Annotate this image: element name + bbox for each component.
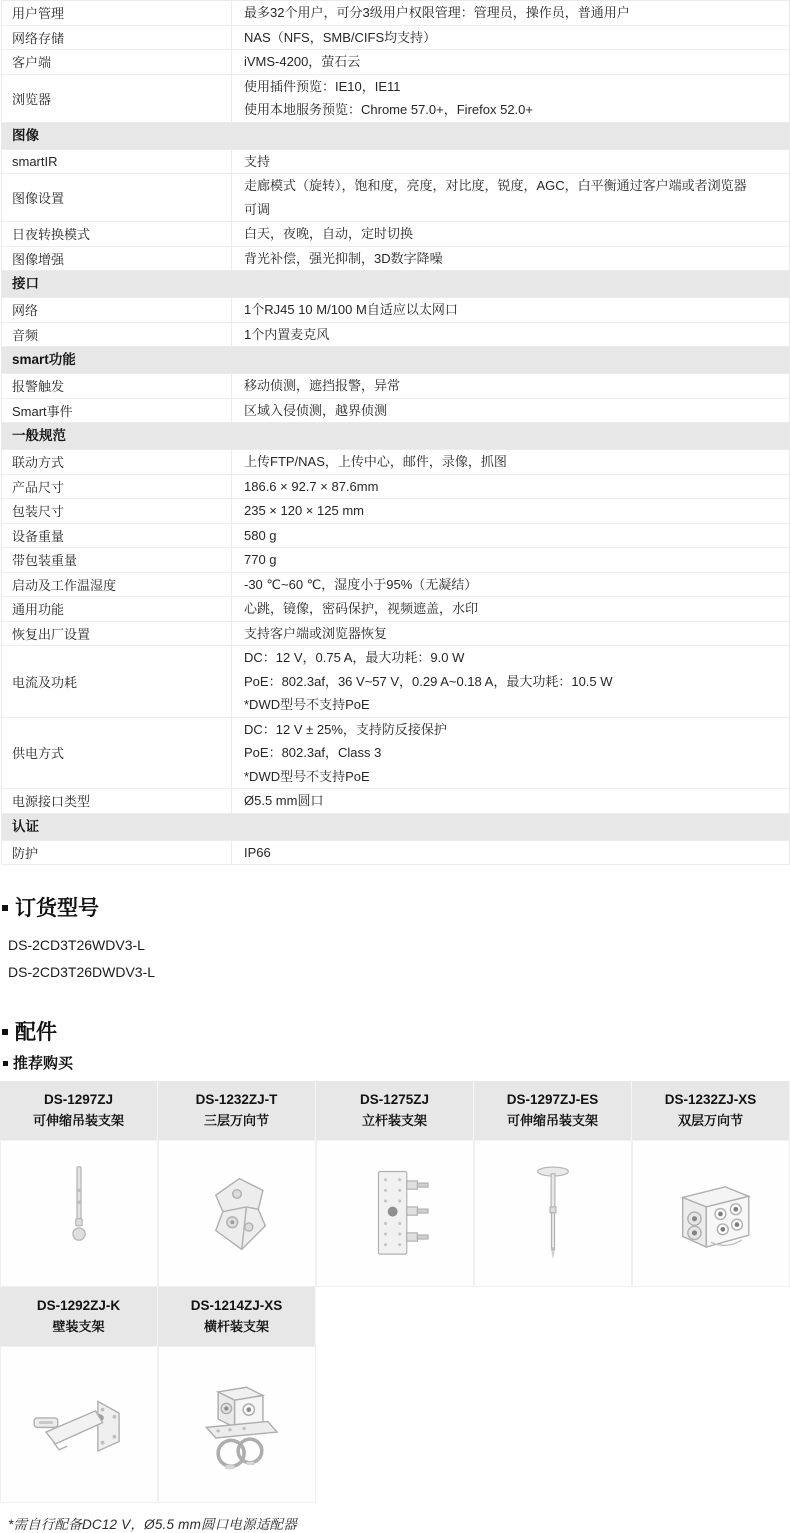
spec-section-header: 图像 [2,123,789,150]
spec-row-label: Smart事件 [2,399,232,423]
spec-value-line: 背光补偿，强光抑制，3D数字降噪 [244,247,777,271]
spec-row-value: 580 g [232,524,789,548]
spec-row-value: 使用插件预览：IE10，IE11使用本地服务预览：Chrome 57.0+，Fi… [232,75,789,122]
accessories-grid: DS-1297ZJ可伸缩吊装支架DS-1232ZJ-T三层万向节DS-1275Z… [0,1081,790,1503]
spec-value-line: -30 ℃~60 ℃，湿度小于95%（无凝结） [244,573,777,597]
accessory-model: DS-1297ZJ-ES [476,1089,629,1110]
spec-row: 启动及工作温湿度-30 ℃~60 ℃，湿度小于95%（无凝结） [2,573,789,598]
spec-row: 通用功能心跳，镜像，密码保护，视频遮盖，水印 [2,597,789,622]
accessory-header: DS-1214ZJ-XS横杆装支架 [158,1287,316,1347]
spec-row-label: 启动及工作温湿度 [2,573,232,597]
spec-row-label: 网络 [2,298,232,322]
spec-row-value: 1个RJ45 10 M/100 M自适应以太网口 [232,298,789,322]
spec-row-value: 心跳，镜像，密码保护，视频遮盖，水印 [232,597,789,621]
spec-value-line: 移动侦测，遮挡报警，异常 [244,374,777,398]
spec-value-line: DC：12 V，0.75 A，最大功耗：9.0 W [244,646,777,670]
spec-row: 网络1个RJ45 10 M/100 M自适应以太网口 [2,298,789,323]
spec-row-label: 设备重量 [2,524,232,548]
spec-value-line: DC：12 V ± 25%，支持防反接保护 [244,718,777,742]
spec-row-label: 恢复出厂设置 [2,622,232,646]
spec-value-line: iVMS-4200，萤石云 [244,50,777,74]
spec-row: 恢复出厂设置支持客户端或浏览器恢复 [2,622,789,647]
accessory-image [158,1141,316,1287]
spec-value-line: 1个RJ45 10 M/100 M自适应以太网口 [244,298,777,322]
spec-row-value: NAS（NFS，SMB/CIFS均支持） [232,26,789,50]
spec-row-label: 带包装重量 [2,548,232,572]
spec-value-line: PoE：802.3af，Class 3 [244,741,777,765]
spec-row: 报警触发移动侦测，遮挡报警，异常 [2,374,789,399]
spec-value-line: 770 g [244,548,777,572]
spec-value-line: NAS（NFS，SMB/CIFS均支持） [244,26,777,50]
spec-row: 包装尺寸235 × 120 × 125 mm [2,499,789,524]
spec-row: 用户管理最多32个用户，可分3级用户权限管理：管理员，操作员，普通用户 [2,1,789,26]
spec-value-line: 1个内置麦克风 [244,323,777,347]
spec-value-line: 最多32个用户，可分3级用户权限管理：管理员，操作员，普通用户 [244,1,777,25]
spec-row: 带包装重量770 g [2,548,789,573]
spec-row: 设备重量580 g [2,524,789,549]
accessory-model: DS-1214ZJ-XS [160,1295,313,1316]
spec-row: 浏览器使用插件预览：IE10，IE11使用本地服务预览：Chrome 57.0+… [2,75,789,123]
spec-row-label: 浏览器 [2,75,232,122]
accessory-name: 横杆装支架 [160,1316,313,1337]
spec-row-value: 186.6 × 92.7 × 87.6mm [232,475,789,499]
accessory-model: DS-1292ZJ-K [2,1295,155,1316]
accessory-name: 壁装支架 [2,1316,155,1337]
gimbal-three-icon [178,1155,296,1273]
accessory-image [316,1141,474,1287]
spec-row-label: 供电方式 [2,718,232,789]
spec-row-label: 联动方式 [2,450,232,474]
accessory-name: 可伸缩吊装支架 [476,1110,629,1131]
product-spec-page: 用户管理最多32个用户，可分3级用户权限管理：管理员，操作员，普通用户网络存储N… [0,0,790,1533]
accessory-name: 立杆装支架 [318,1110,471,1131]
ceiling-pole-icon [494,1155,612,1273]
spec-table: 用户管理最多32个用户，可分3级用户权限管理：管理员，操作员，普通用户网络存储N… [1,0,790,865]
spec-row-value: Ø5.5 mm圆口 [232,789,789,813]
spec-row-label: 图像设置 [2,174,232,221]
accessories-title: 配件 [15,1016,57,1046]
spec-row-label: 产品尺寸 [2,475,232,499]
accessory-name: 三层万向节 [160,1110,313,1131]
accessory-header: DS-1232ZJ-XS双层万向节 [632,1081,790,1141]
accessory-image [632,1141,790,1287]
spec-row: Smart事件区域入侵侦测，越界侦测 [2,399,789,424]
recommended-purchase-title: 推荐购买 [13,1052,73,1073]
spec-row: 客户端iVMS-4200，萤石云 [2,50,789,75]
crossbar-clamp-icon [178,1366,296,1484]
order-model: DS-2CD3T26DWDV3-L [8,959,790,986]
order-models-heading: 订货型号 [0,892,790,922]
accessory-name: 可伸缩吊装支架 [2,1110,155,1131]
spec-row-label: 客户端 [2,50,232,74]
square-bullet-icon [2,905,8,911]
accessory-model: DS-1275ZJ [318,1089,471,1110]
spec-row-label: 网络存储 [2,26,232,50]
spec-value-line: 235 × 120 × 125 mm [244,499,777,523]
accessory-image [0,1141,158,1287]
spec-row: 图像增强背光补偿，强光抑制，3D数字降噪 [2,247,789,272]
spec-row-value: 1个内置麦克风 [232,323,789,347]
spec-value-line: 上传FTP/NAS，上传中心，邮件，录像，抓图 [244,450,777,474]
spec-value-line: 580 g [244,524,777,548]
spec-row: 日夜转换模式白天，夜晚，自动，定时切换 [2,222,789,247]
spec-value-line: Ø5.5 mm圆口 [244,789,777,813]
spec-row: 电流及功耗DC：12 V，0.75 A，最大功耗：9.0 WPoE：802.3a… [2,646,789,718]
spec-row-value: DC：12 V，0.75 A，最大功耗：9.0 WPoE：802.3af，36 … [232,646,789,717]
spec-value-line: 支持 [244,150,777,174]
spec-row-value: 移动侦测，遮挡报警，异常 [232,374,789,398]
accessory-image [0,1347,158,1503]
spec-row-value: 背光补偿，强光抑制，3D数字降噪 [232,247,789,271]
spec-row: 音频1个内置麦克风 [2,323,789,348]
spec-row-label: 图像增强 [2,247,232,271]
spec-row-label: 音频 [2,323,232,347]
spec-row-value: 支持客户端或浏览器恢复 [232,622,789,646]
spec-row-label: 用户管理 [2,1,232,25]
spec-row-value: 区域入侵侦测，越界侦测 [232,399,789,423]
spec-row-value: -30 ℃~60 ℃，湿度小于95%（无凝结） [232,573,789,597]
spec-value-line: 支持客户端或浏览器恢复 [244,622,777,646]
spec-row-label: 电源接口类型 [2,789,232,813]
spec-value-line: IP66 [244,841,777,865]
spec-row-label: 防护 [2,841,232,865]
spec-row-value: 上传FTP/NAS，上传中心，邮件，录像，抓图 [232,450,789,474]
order-model: DS-2CD3T26WDV3-L [8,932,790,959]
gimbal-two-icon [652,1155,770,1273]
spec-value-line: 白天，夜晚，自动，定时切换 [244,222,777,246]
spec-row-value: IP66 [232,841,789,865]
spec-value-line: 区域入侵侦测，越界侦测 [244,399,777,423]
spec-section-header: 认证 [2,814,789,841]
spec-row-label: smartIR [2,150,232,174]
spec-value-line: *DWD型号不支持PoE [244,693,777,717]
spec-row-label: 日夜转换模式 [2,222,232,246]
spec-value-line: 心跳，镜像，密码保护，视频遮盖，水印 [244,597,777,621]
accessory-header: DS-1292ZJ-K壁装支架 [0,1287,158,1347]
spec-row-label: 通用功能 [2,597,232,621]
spec-value-line: *DWD型号不支持PoE [244,765,777,789]
spec-row-value: 白天，夜晚，自动，定时切换 [232,222,789,246]
accessory-header: DS-1297ZJ可伸缩吊装支架 [0,1081,158,1141]
spec-row-value: 235 × 120 × 125 mm [232,499,789,523]
spec-value-line: PoE：802.3af，36 V~57 V，0.29 A~0.18 A，最大功耗… [244,670,777,694]
spec-section-header: smart功能 [2,347,789,374]
recommended-purchase-heading: 推荐购买 [0,1052,790,1073]
spec-row-value: 最多32个用户，可分3级用户权限管理：管理员，操作员，普通用户 [232,1,789,25]
accessory-image [158,1347,316,1503]
spec-section-header: 接口 [2,271,789,298]
spec-section-header: 一般规范 [2,423,789,450]
square-bullet-icon [3,1061,8,1066]
accessory-header: DS-1232ZJ-T三层万向节 [158,1081,316,1141]
telescopic-pole-icon [20,1155,138,1273]
accessory-image [474,1141,632,1287]
spec-row: 供电方式DC：12 V ± 25%，支持防反接保护PoE：802.3af，Cla… [2,718,789,790]
accessory-model: DS-1232ZJ-XS [634,1089,787,1110]
pole-plate-icon [336,1155,454,1273]
accessory-model: DS-1297ZJ [2,1089,155,1110]
accessory-model: DS-1232ZJ-T [160,1089,313,1110]
spec-row-label: 电流及功耗 [2,646,232,717]
spec-row: 产品尺寸186.6 × 92.7 × 87.6mm [2,475,789,500]
spec-row-value: iVMS-4200，萤石云 [232,50,789,74]
wall-arm-icon [20,1366,138,1484]
spec-value-line: 186.6 × 92.7 × 87.6mm [244,475,777,499]
accessory-name: 双层万向节 [634,1110,787,1131]
square-bullet-icon [2,1029,8,1035]
spec-row-label: 报警触发 [2,374,232,398]
accessory-header: DS-1275ZJ立杆装支架 [316,1081,474,1141]
order-models-title: 订货型号 [15,892,99,922]
spec-value-line: 使用插件预览：IE10，IE11 [244,75,777,99]
spec-row: 电源接口类型Ø5.5 mm圆口 [2,789,789,814]
power-adapter-footnote: *需自行配备DC12 V，Ø5.5 mm圆口电源适配器 [8,1513,790,1533]
spec-row-value: DC：12 V ± 25%，支持防反接保护PoE：802.3af，Class 3… [232,718,789,789]
accessories-heading: 配件 [0,1016,790,1046]
spec-value-line: 使用本地服务预览：Chrome 57.0+，Firefox 52.0+ [244,98,777,122]
spec-row: 网络存储NAS（NFS，SMB/CIFS均支持） [2,26,789,51]
spec-row: 防护IP66 [2,841,789,866]
spec-row: 图像设置走廊模式（旋转），饱和度，亮度，对比度，锐度，AGC，白平衡通过客户端或… [2,174,789,222]
spec-row-value: 770 g [232,548,789,572]
spec-row-value: 支持 [232,150,789,174]
spec-value-line: 可调 [244,198,777,222]
accessory-header: DS-1297ZJ-ES可伸缩吊装支架 [474,1081,632,1141]
spec-row-value: 走廊模式（旋转），饱和度，亮度，对比度，锐度，AGC，白平衡通过客户端或者浏览器… [232,174,789,221]
spec-row: smartIR支持 [2,150,789,175]
spec-row-label: 包装尺寸 [2,499,232,523]
spec-row: 联动方式上传FTP/NAS，上传中心，邮件，录像，抓图 [2,450,789,475]
spec-value-line: 走廊模式（旋转），饱和度，亮度，对比度，锐度，AGC，白平衡通过客户端或者浏览器 [244,174,777,198]
order-model-list: DS-2CD3T26WDV3-L DS-2CD3T26DWDV3-L [0,932,790,986]
